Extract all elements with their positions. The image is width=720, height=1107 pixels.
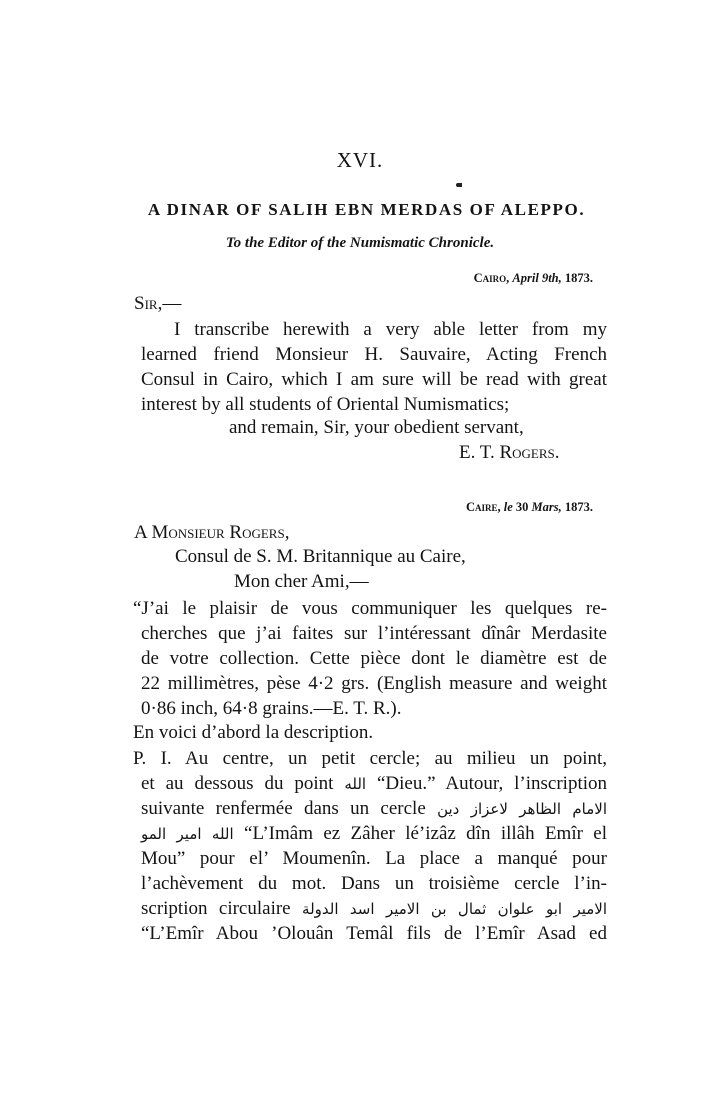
paragraph2: En voici d’abord la description. <box>133 722 373 744</box>
signature-initials: E. T. <box>459 442 495 463</box>
greeting: Mon cher Ami,— <box>234 571 369 593</box>
arabic-text: الله امير المو <box>141 825 234 843</box>
paragraph1-line: 22 millimètres, pèse 4·2 grs. (English m… <box>141 672 607 695</box>
letter2-dateline: Caire, le 30 Mars, 1873. <box>466 500 593 515</box>
addressee: A Monsieur Rogers, <box>134 522 289 544</box>
book-page: XVI. A DINAR OF SALIH EBN MERDAS OF ALEP… <box>0 0 720 1107</box>
paragraph3-line: l’achèvement du mot. Dans un troisième c… <box>141 872 607 895</box>
text-segment: “L’Imâm ez Zâher lé’izâz dîn illâh Emîr … <box>244 823 607 844</box>
letter1-line: Consul in Cairo, which I am sure will be… <box>141 368 607 391</box>
addressee-prefix: A <box>134 522 147 543</box>
text-segment: “Dieu.” Autour, l’inscription <box>377 773 607 794</box>
letter1-dateline: Cairo, April 9th, 1873. <box>474 271 593 286</box>
text-segment: et au dessous du point <box>141 773 333 794</box>
dateline-place: Caire, <box>466 500 501 514</box>
arabic-text: الامير ابو علوان ثمال بن الامير اسد الدو… <box>302 900 607 918</box>
chapter-number: XVI. <box>0 148 720 173</box>
dateline-month: Mars, <box>532 500 562 514</box>
arabic-text: الله <box>344 775 366 793</box>
dateline-place: Cairo, <box>474 271 510 285</box>
paragraph1-line: 0·86 inch, 64·8 grains.—E. T. R.). <box>141 697 607 720</box>
paragraph3-line: Mou” pour el’ Moumenîn. La place a manqu… <box>141 847 607 870</box>
arabic-text: الامام الظاهر لاعزاز دين <box>437 800 607 818</box>
dateline-year: 1873. <box>565 500 593 514</box>
paragraph3-line: الله امير المو “L’Imâm ez Zâher lé’izâz … <box>141 822 607 846</box>
letter1-line: interest by all students of Oriental Num… <box>141 393 607 416</box>
text-segment: scription circulaire <box>141 898 291 919</box>
paragraph3-line: scription circulaire الامير ابو علوان ثم… <box>141 897 607 921</box>
text-segment: suivante renfermée dans un cercle <box>141 798 426 819</box>
paragraph3-line: et au dessous du point الله “Dieu.” Auto… <box>141 772 607 796</box>
paragraph3-line: P. I. Au centre, un petit cercle; au mil… <box>133 747 607 770</box>
paragraph1-line: de votre collection. Cette pièce dont le… <box>141 647 607 670</box>
dateline-le: le <box>504 500 513 514</box>
dateline-date: April 9th, <box>512 271 561 285</box>
paragraph3-line: suivante renfermée dans un cercle الامام… <box>141 797 607 821</box>
paragraph1-line: “J’ai le plaisir de vous communiquer les… <box>133 597 607 620</box>
paragraph1-line: cherches que j’ai faites sur l’intéressa… <box>141 622 607 645</box>
letter1-line: I transcribe herewith a very able letter… <box>174 318 607 341</box>
signature-name: Rogers. <box>499 442 559 463</box>
letter1-salutation: Sir,— <box>134 293 181 315</box>
addressee-title: Consul de S. M. Britannique au Caire, <box>175 546 466 568</box>
dateline-year: 1873. <box>565 271 593 285</box>
dateline-day: 30 <box>516 500 529 514</box>
article-title: A DINAR OF SALIH EBN MERDAS OF ALEPPO. <box>0 200 720 220</box>
paragraph3-line: “L’Emîr Abou ’Olouân Temâl fils de l’Emî… <box>141 922 607 945</box>
addressee-name: Monsieur Rogers, <box>151 522 289 543</box>
print-mark <box>456 183 462 187</box>
letter1-closing: and remain, Sir, your obedient servant, <box>229 417 524 439</box>
letter1-line: learned friend Monsieur H. Sauvaire, Act… <box>141 343 607 366</box>
article-subtitle: To the Editor of the Numismatic Chronicl… <box>0 235 720 252</box>
letter1-signature: E. T. Rogers. <box>459 442 560 464</box>
